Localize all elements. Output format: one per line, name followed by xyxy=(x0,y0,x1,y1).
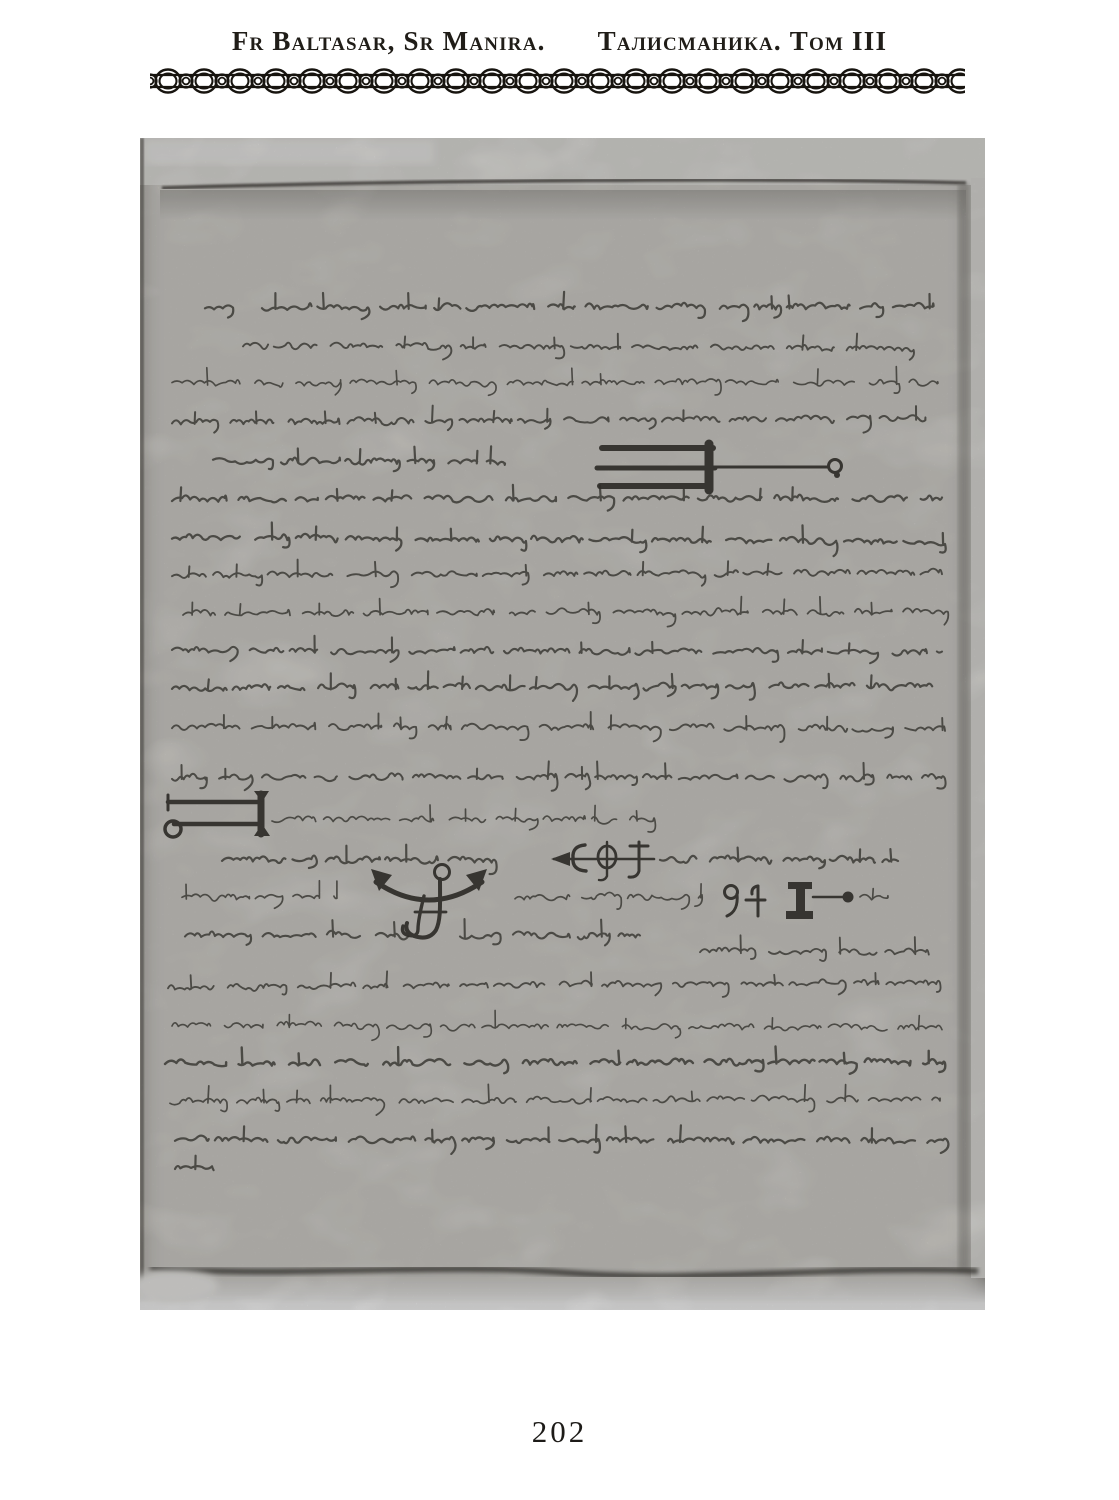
book-page: Fr Baltasar, Sr Manira. Талисманика. Том… xyxy=(0,0,1119,1500)
header-title: Талисманика. Том III xyxy=(598,26,888,57)
header-author: Fr Baltasar, Sr Manira. xyxy=(232,26,546,57)
manuscript-image xyxy=(140,138,985,1310)
page-number: 202 xyxy=(0,1414,1119,1450)
running-header: Fr Baltasar, Sr Manira. Талисманика. Том… xyxy=(0,26,1119,57)
chain-border-ornament xyxy=(150,64,965,98)
manuscript-scan xyxy=(140,138,985,1310)
